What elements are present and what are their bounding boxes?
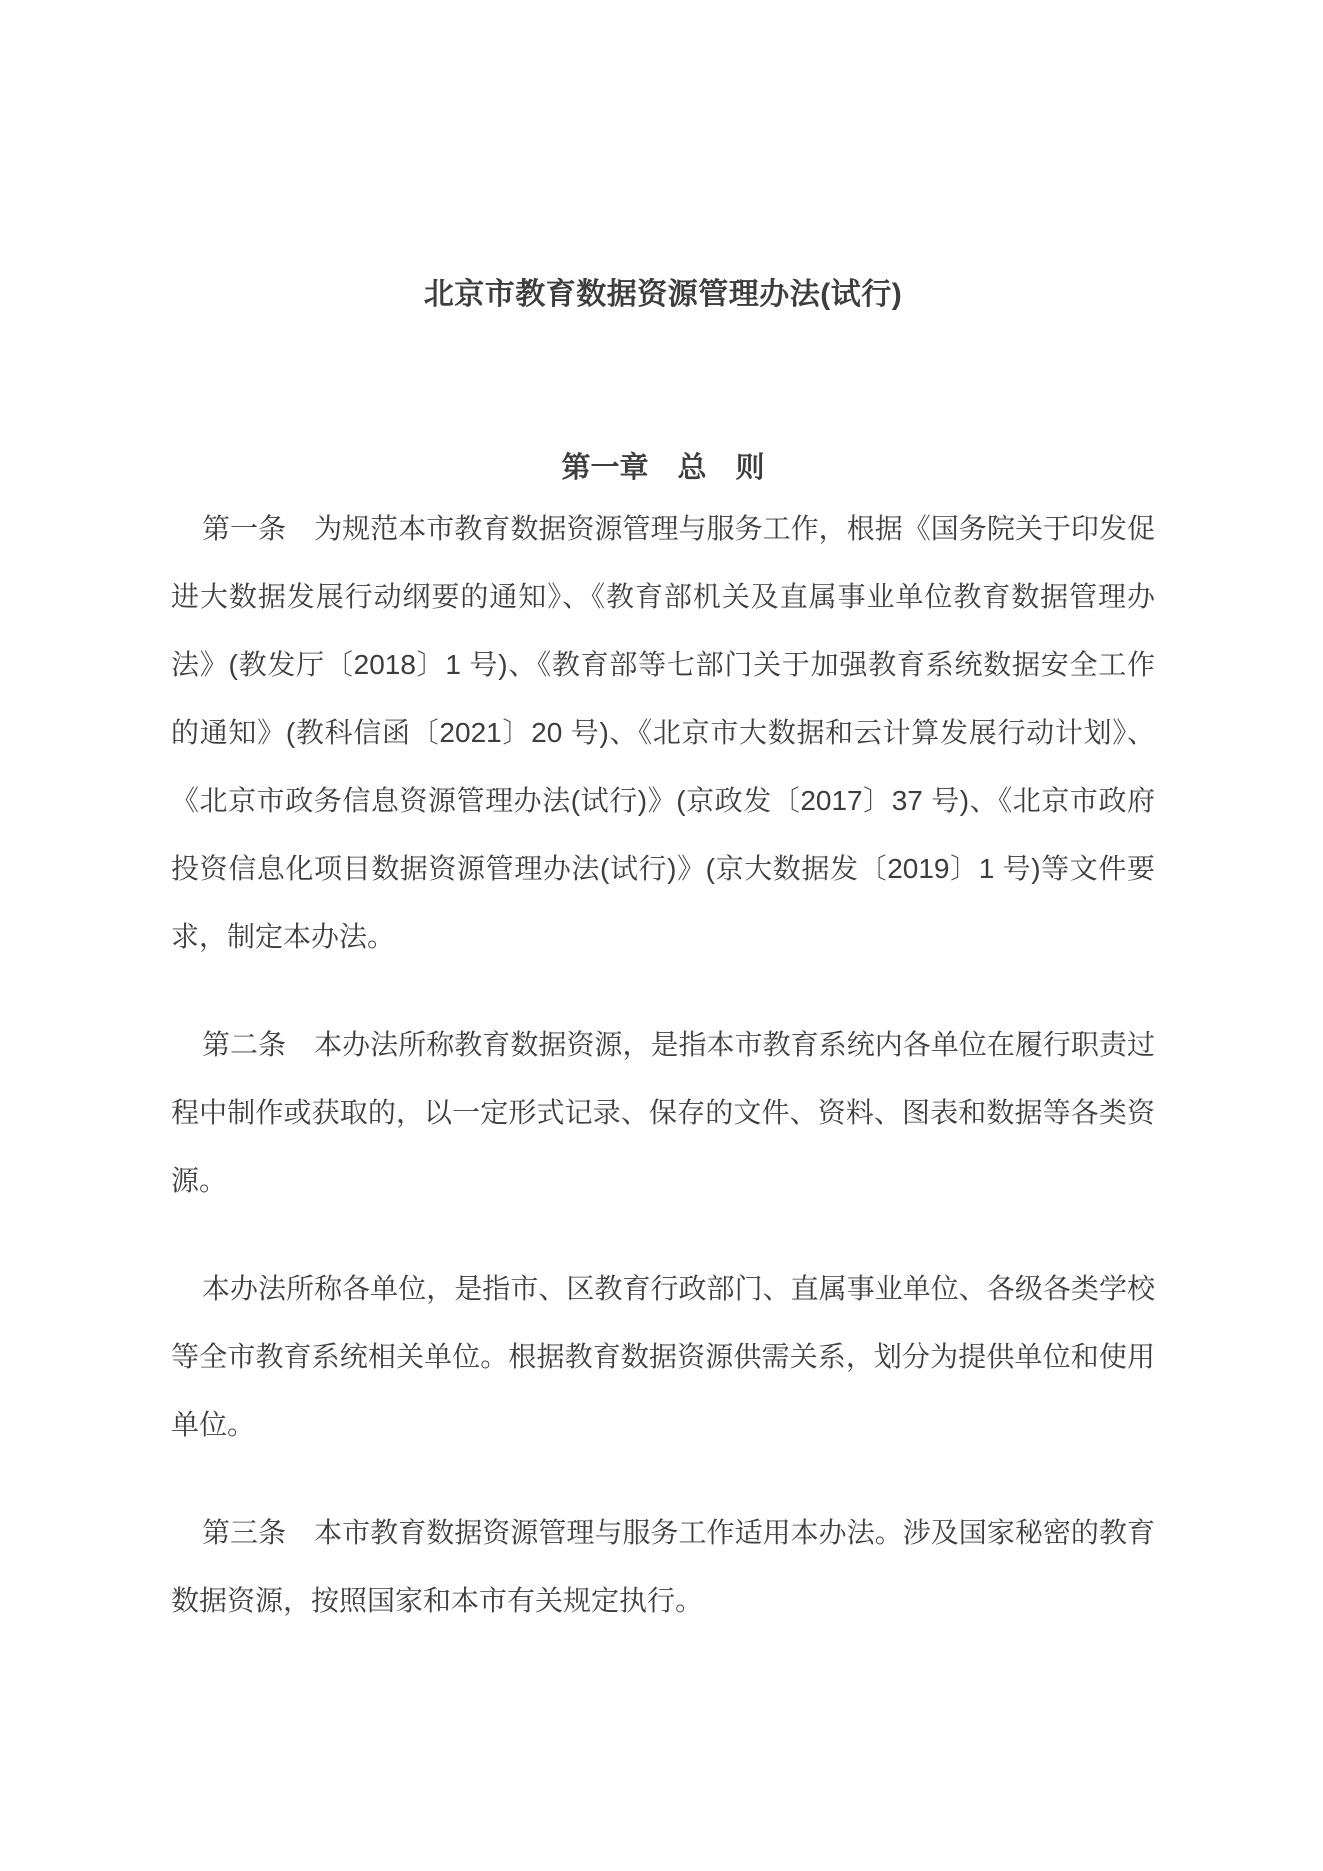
paragraph-article-2-continued: 本办法所称各单位，是指市、区教育行政部门、直属事业单位、各级各类学校等全市教育系… [171,1255,1155,1459]
document-content: 北京市教育数据资源管理办法(试行) 第一章 总 则 第一条 为规范本市教育数据资… [0,0,1323,1635]
paragraph-article-1: 第一条 为规范本市教育数据资源管理与服务工作，根据《国务院关于印发促进大数据发展… [171,495,1155,971]
document-page: 北京市教育数据资源管理办法(试行) 第一章 总 则 第一条 为规范本市教育数据资… [0,0,1323,1871]
paragraph-article-3: 第三条 本市教育数据资源管理与服务工作适用本办法。涉及国家秘密的教育数据资源，按… [171,1499,1155,1635]
chapter-heading: 第一章 总 则 [171,451,1155,485]
document-title: 北京市教育数据资源管理办法(试行) [171,0,1155,313]
paragraph-article-2: 第二条 本办法所称教育数据资源，是指本市教育系统内各单位在履行职责过程中制作或获… [171,1011,1155,1215]
